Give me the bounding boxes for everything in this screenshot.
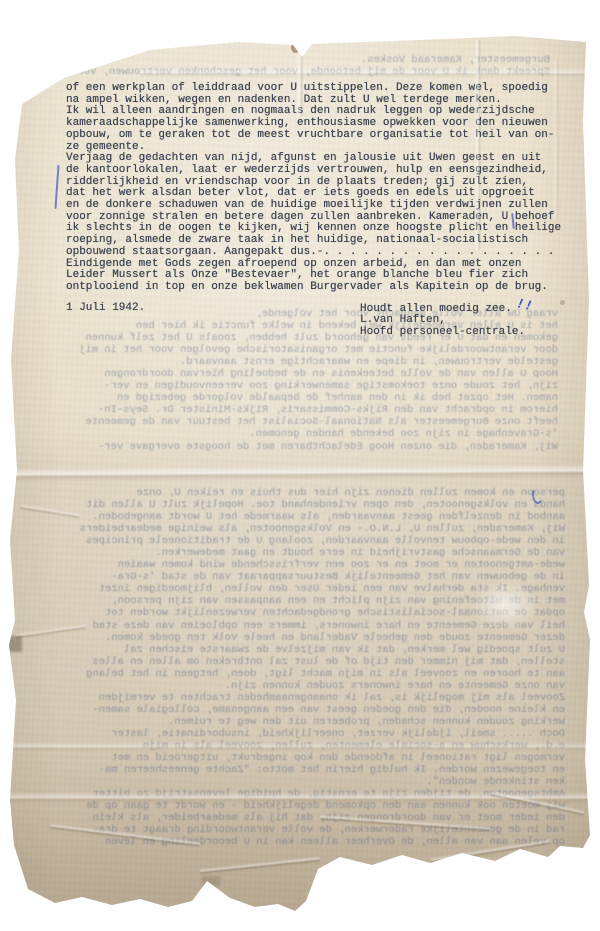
typed-body: of een werkplan of leiddraad voor U uits… bbox=[66, 83, 578, 347]
bleedthrough-line: persoon en komen zullen dienen zijn hier… bbox=[45, 487, 565, 499]
bleedthrough-line: Wij, Kameraden, zullen U, L.N.O.- en Vol… bbox=[45, 523, 565, 535]
bleedthrough-line: en toegewezen worden. Ik huldig hierin h… bbox=[45, 764, 565, 776]
bleedthrough-line: werking zouden kunnen schaden, probeeren… bbox=[45, 716, 565, 728]
body-paragraphs: of een werkplan of leiddraad voor U uits… bbox=[66, 83, 578, 294]
bleedthrough-line: van de Germaansche gastvrijheid in eere … bbox=[45, 547, 565, 559]
body-line: de kantoorlokalen, laat er wederzijds ve… bbox=[66, 165, 578, 177]
speck bbox=[560, 300, 565, 305]
bleedthrough-line: gestelde vertrouwen, in diepe en waarach… bbox=[58, 356, 558, 368]
body-line: opbouw, om te geraken tot de meest vruch… bbox=[66, 130, 578, 142]
body-line: opbouwend staatsorgaan. Aangepakt dus.-.… bbox=[66, 247, 578, 259]
bleedthrough-line: ken stinkende wonden". bbox=[45, 776, 565, 788]
bleedthrough-line: en kleine nooden, die den goeden geest v… bbox=[45, 704, 565, 716]
bleedthrough-line: hierom in opdracht van den Rijks-Commiss… bbox=[58, 404, 558, 416]
body-line: of een werkplan of leiddraad voor U uits… bbox=[66, 83, 578, 95]
bleedthrough-line: 's-Gravenhage in zijn zoo bekende handen… bbox=[58, 428, 558, 440]
bleedthrough-line: aan te hooren en zooveel als in mijn mac… bbox=[45, 668, 565, 680]
bleedthrough-line: hands en volksgenooten, den open vriende… bbox=[45, 499, 565, 511]
fold-line-lower bbox=[0, 742, 600, 752]
bleedthrough-line: namen. Het opzet heb ik in den aanhef de… bbox=[58, 392, 558, 404]
closing-slogan: Houdt allen moedig zee. bbox=[360, 303, 512, 315]
date-line: 1 Juli 1942. bbox=[66, 303, 145, 315]
edge-tear-mark bbox=[202, 876, 220, 886]
closing-block: Houdt allen moedig zee.!! L.van Haften, … bbox=[360, 303, 529, 339]
bleedthrough-line: Zooveel als mij mogelijk is, zal ik onaa… bbox=[45, 692, 565, 704]
bleedthrough-line: den ieder moet er van doordrongen zijn, … bbox=[45, 812, 565, 824]
signature-title: Hoofd personeel-centrale. bbox=[360, 327, 529, 339]
document-paper: Burgemeester, Kameraad Voskes.Spreekt da… bbox=[0, 0, 600, 931]
body-line: ontplooiend in top en onze beklwamen Bur… bbox=[66, 282, 578, 294]
rust-stain bbox=[291, 42, 300, 53]
pen-exclamation-marks: !! bbox=[514, 299, 533, 314]
crease-line bbox=[474, 40, 482, 250]
bleedthrough-line: Hoop U allen van de volle beteekenis en … bbox=[58, 368, 558, 380]
signature-row: 1 Juli 1942. Houdt allen moedig zee.!! L… bbox=[66, 303, 578, 347]
fold-line-top bbox=[140, 68, 600, 78]
bleedthrough-line: vermogen ligt rationeel in afdoende den … bbox=[45, 752, 565, 764]
bleedthrough-line: in de gebouwen van het Gemeentelijk Best… bbox=[45, 571, 565, 583]
photo-background: Burgemeester, Kameraad Voskes.Spreekt da… bbox=[0, 0, 600, 931]
crease-line bbox=[296, 38, 304, 116]
edge-tear-mark bbox=[8, 636, 22, 652]
crease-line bbox=[552, 60, 560, 220]
fold-highlight-patch bbox=[470, 580, 540, 630]
bleedthrough-line: wede-amtgenooten er moet en er zoo een v… bbox=[45, 559, 565, 571]
body-line: en de donkere schaduwen van de huidige m… bbox=[66, 200, 578, 212]
bleedthrough-line: aanbod in denzelfden geest aanvaarden, a… bbox=[45, 511, 565, 523]
bleedthrough-line: van onze Gemeente en hare inwoners zoude… bbox=[45, 680, 565, 692]
bleedthrough-line: stellen, dat mij nimmer den tijd of de l… bbox=[45, 656, 565, 668]
bleedthrough-line: Doch ..... smeil, ijdelijk verzet, oneer… bbox=[45, 728, 565, 740]
bleedthrough-line: dezer Gemeente zoude den geheele Vaderla… bbox=[45, 632, 565, 644]
bleedthrough-line: heeft onze Burgemeester als Nationaal-So… bbox=[58, 416, 558, 428]
bleedthrough-line: Wij, Kameraden, die onzen Hoog Edelachtb… bbox=[58, 441, 558, 453]
bleedthrough-line: in den wede-opbouw tenvolle aanvaarden, … bbox=[45, 535, 565, 547]
bleedthrough-line: zijn, het zoude onze toekomstige samenwe… bbox=[58, 380, 558, 392]
bleedthrough-line: U zult spoedig wel merken, dat ik van mi… bbox=[45, 644, 565, 656]
